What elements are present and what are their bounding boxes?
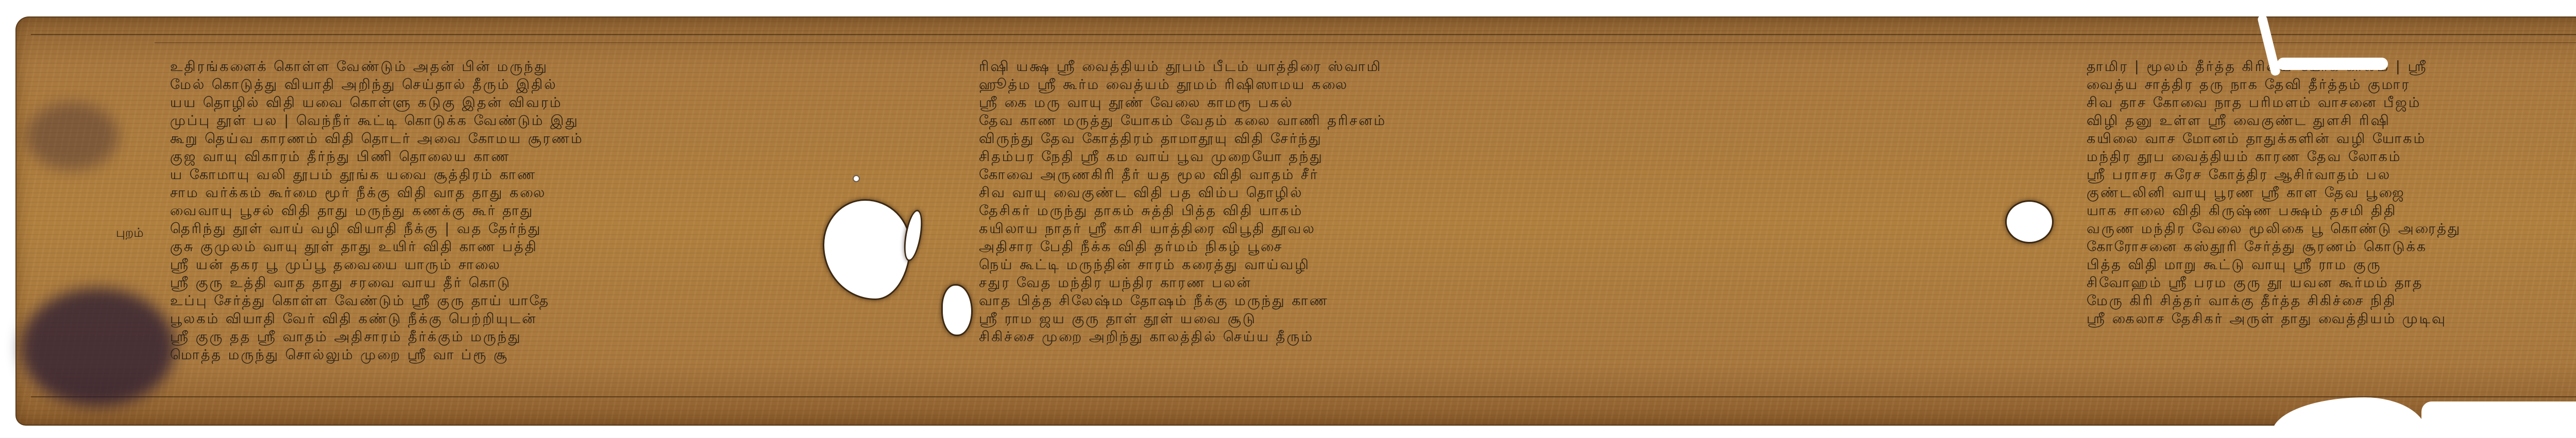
manuscript-line: தெரிந்து தூள் வாய் வழி வியாதி நீக்கு | வ…: [170, 220, 829, 238]
manuscript-line: யாக சாலை விதி கிருஷ்ண பக்ஷம் தசமி திதி: [2087, 202, 2576, 220]
manuscript-line: அதிசார பேதி நீக்க விதி தர்மம் நிகழ் பூசை: [979, 238, 1958, 256]
manuscript-line: குண்டலினி வாயு பூரண ஸ்ரீ காள தேவ பூஜை: [2087, 184, 2576, 202]
manuscript-line: விழி தனு உள்ள ஸ்ரீ வைகுண்ட துளசி ரிஷி: [2087, 112, 2576, 130]
manuscript-line: யய தொழில் விதி யவை கொள்ளு கடுகு இதன் விவ…: [170, 94, 829, 112]
manuscript-line: சிவ தாச கோவை நாத பரிமளம் வாசனை பீஜம்: [2087, 94, 2576, 112]
ink-stain-large: [21, 288, 175, 407]
text-column-middle: ரிஷி யக்ஷ ஸ்ரீ வைத்தியம் தூபம் பீடம் யாத…: [979, 58, 1958, 372]
manuscript-line: மொத்த மருந்து சொல்லும் முறை ஸ்ரீ வா ப்ரூ…: [170, 346, 829, 364]
manuscript-line: சிவ வாயு வைகுண்ட விதி பத விம்ப தொழில்: [979, 184, 1958, 202]
bottom-edge-tear-2: [2421, 401, 2576, 432]
top-edge-tear-branch: [2277, 58, 2388, 70]
manuscript-line: ஸ்ரீ யன் தகர பூ முப்பூ தவையை யாரும் சாலை: [170, 256, 829, 274]
manuscript-line: தேசிகர் மருந்து தாகம் சுத்தி பித்த விதி …: [979, 202, 1958, 220]
text-column-left: உதிரங்களைக் கொள்ள வேண்டும் அதன் பின் மரு…: [170, 58, 829, 372]
ruling-line-top: [31, 34, 2576, 35]
manuscript-line: ஸ்ரீ குரு தத ஸ்ரீ வாதம் அதிசாரம் தீர்க்க…: [170, 328, 829, 346]
manuscript-line: வருண மந்திர வேலை மூலிகை பூ கொண்டு அரைத்த…: [2087, 220, 2576, 238]
manuscript-line: ஹூத்ம ஸ்ரீ கூர்ம வைத்யம் தூமம் ரிஷிஸாமய …: [979, 76, 1958, 94]
manuscript-line: கோவை அருணகிரி தீர் யத மூல விதி வாதம் சீர…: [979, 166, 1958, 184]
manuscript-line: குசு குமுலம் வாயு தூள் தாது உயிர் விதி க…: [170, 238, 829, 256]
manuscript-line: ஸ்ரீ கைலாச தேசிகர் அருள் தாது வைத்தியம் …: [2087, 310, 2576, 328]
ink-stain-small: [26, 103, 118, 170]
left-margin-note: புறம்: [116, 225, 144, 241]
manuscript-line: பூலகம் வியாதி வேர் விதி கண்டு நீக்கு பெற…: [170, 310, 829, 328]
binding-hole: [2007, 202, 2052, 242]
manuscript-line: ரிஷி யக்ஷ ஸ்ரீ வைத்தியம் தூபம் பீடம் யாத…: [979, 58, 1958, 76]
manuscript-line: குஜ வாயு விகாரம் தீர்ந்து பிணி தொலைய காண: [170, 148, 829, 166]
manuscript-line: சதுர வேத மந்திர யந்திர காரண பலன்: [979, 274, 1958, 292]
manuscript-line: சாம வர்க்கம் கூர்மை மூர் நீக்கு விதி வாத…: [170, 184, 829, 202]
manuscript-line: கயிலை வாச மோனம் தாதுக்களின் வழி யோகம்: [2087, 130, 2576, 148]
manuscript-line: வைவாயு பூசல் விதி தாது மருந்து கணக்கு கூ…: [170, 202, 829, 220]
manuscript-line: சிகிச்சை முறை அறிந்து காலத்தில் செய்ய தீ…: [979, 328, 1958, 346]
manuscript-line: சிவோஹம் ஸ்ரீ பரம குரு தூ யவன கூர்மம் தாத: [2087, 274, 2576, 292]
manuscript-line: ஸ்ரீ குரு உத்தி வாத தாது சரவை வாய தீர் க…: [170, 274, 829, 292]
manuscript-line: சிதம்பர நேதி ஸ்ரீ கம வாய் பூவ முறையோ தந்…: [979, 148, 1958, 166]
pin-hole: [854, 176, 859, 181]
manuscript-line: நெய் கூட்டி மருந்தின் சாரம் கரைத்து வாய்…: [979, 256, 1958, 274]
manuscript-line: ஸ்ரீ பராசர சுரேச கோத்திர ஆசிர்வாதம் பல: [2087, 166, 2576, 184]
manuscript-line: கோரோசனை கஸ்தூரி சேர்த்து சூரணம் கொடுக்க: [2087, 238, 2576, 256]
manuscript-line: மந்திர தூப வைத்தியம் காரண தேவ லோகம்: [2087, 148, 2576, 166]
manuscript-line: வைத்ய சாத்திர தரு நாக தேவி தீர்த்தம் கும…: [2087, 76, 2576, 94]
manuscript-line: மேரு கிரி சித்தர் வாக்கு தீர்த்த சிகிச்ச…: [2087, 292, 2576, 310]
manuscript-line: வாத பித்த சிலேஷ்ம தோஷம் நீக்கு மருந்து க…: [979, 292, 1958, 310]
text-column-right: தாமிர | மூலம் தீர்த்த கிரியை யோக காலம் |…: [2087, 58, 2576, 372]
manuscript-line: மேல் கொடுத்து வியாதி அறிந்து செய்தால் தீ…: [170, 76, 829, 94]
manuscript-line: ய கோமாயு வலி தூபம் தூங்க யவை சூத்திரம் க…: [170, 166, 829, 184]
manuscript-line: தேவ காண மருத்து யோகம் வேதம் கலை வாணி தரி…: [979, 112, 1958, 130]
manuscript-line: பித்த விதி மாறு கூட்டு வாயு ஸ்ரீ ராம குர…: [2087, 256, 2576, 274]
manuscript-line: உதிரங்களைக் கொள்ள வேண்டும் அதன் பின் மரு…: [170, 58, 829, 76]
ruling-line-top-2: [155, 42, 2576, 43]
manuscript-line: கயிலாய நாதர் ஸ்ரீ காசி யாத்திரை விபூதி த…: [979, 220, 1958, 238]
manuscript-line: முப்பு தூள் பல | வெந்நீர் கூட்டி கொடுக்க…: [170, 112, 829, 130]
manuscript-line: விருந்து தேவ கோத்திரம் தாமாதூயு விதி சேர…: [979, 130, 1958, 148]
manuscript-line: கூறு தெய்வ காரணம் விதி தொடர் அவை கோமய சூ…: [170, 130, 829, 148]
manuscript-line: உப்பு சேர்த்து கொள்ள வேண்டும் ஸ்ரீ குரு …: [170, 292, 829, 310]
manuscript-line: ஸ்ரீ கை மரு வாயு தூண் வேலை காமரூ பகல்: [979, 94, 1958, 112]
manuscript-line: ஸ்ரீ ராம ஜய குரு தாள் தூள் யவை சூடு: [979, 310, 1958, 328]
worm-hole-small: [943, 286, 971, 335]
ruling-line-bottom: [31, 396, 2576, 397]
